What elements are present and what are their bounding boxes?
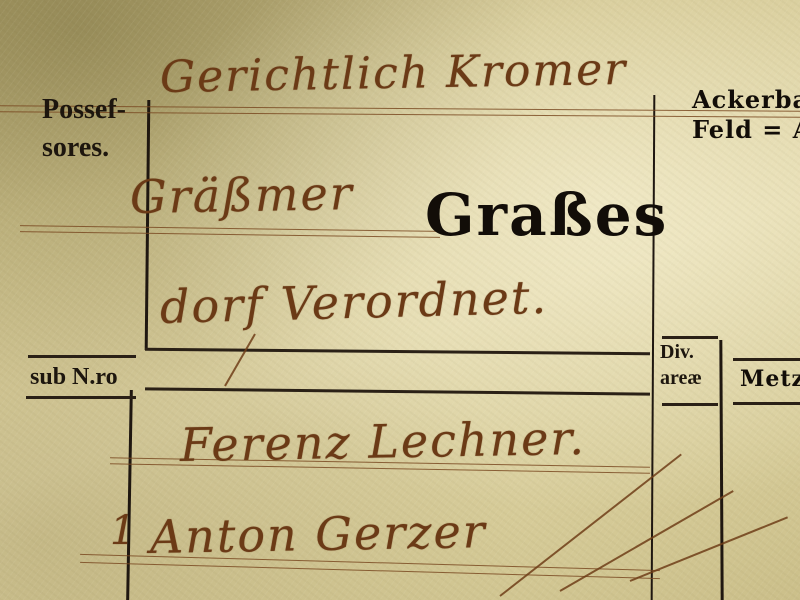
ackerbau-line2: Feld = A <box>692 118 800 142</box>
column-rule-left <box>145 100 151 350</box>
ink-guide-line <box>20 231 440 238</box>
div-line2: areæ <box>660 368 702 388</box>
possessores-line2: sores. <box>42 134 126 162</box>
header-rule-bottom-sub <box>26 396 136 399</box>
ackerbau-line1: Ackerba <box>692 88 800 112</box>
handwritten-entry-name: Ferenz Lechner. <box>180 411 587 472</box>
div-areae-header: Div. areæ <box>660 342 702 388</box>
div-rule-top <box>662 336 718 339</box>
handwritten-entry-location: dorf Verordnet. <box>159 270 548 334</box>
handwritten-entry-name: Gräßmer <box>130 166 355 224</box>
handwritten-top-entry: Gerichtlich Kromer <box>160 44 628 103</box>
possessores-line1: Possef- <box>42 96 126 124</box>
margin-number: 1 <box>110 508 137 554</box>
column-rule-left-lower <box>126 390 133 600</box>
ink-flourish-stroke <box>224 334 256 387</box>
section-title: Graßes <box>425 186 668 244</box>
row-rule-2 <box>145 387 650 395</box>
sub-nro-header: sub N.ro <box>30 365 118 389</box>
metz-rule-bottom <box>733 402 800 405</box>
header-rule-top-sub <box>28 355 136 358</box>
column-rule-middle <box>651 95 656 600</box>
ink-guide-line <box>80 562 660 579</box>
ackerbau-header: Ackerba Feld = A <box>692 88 800 142</box>
handwritten-entry-name: Anton Gerzer <box>150 504 488 564</box>
ink-flourish-stroke <box>560 490 734 592</box>
column-rule-div <box>719 340 723 600</box>
div-line1: Div. <box>660 342 702 362</box>
ink-guide-line <box>20 225 440 232</box>
div-rule-bottom <box>662 403 718 406</box>
possessores-header: Possef- sores. <box>42 96 126 162</box>
ink-flourish-stroke <box>630 516 788 582</box>
metz-header: Metz <box>740 368 800 390</box>
metz-rule-top <box>733 358 800 361</box>
row-rule-1 <box>145 348 650 355</box>
